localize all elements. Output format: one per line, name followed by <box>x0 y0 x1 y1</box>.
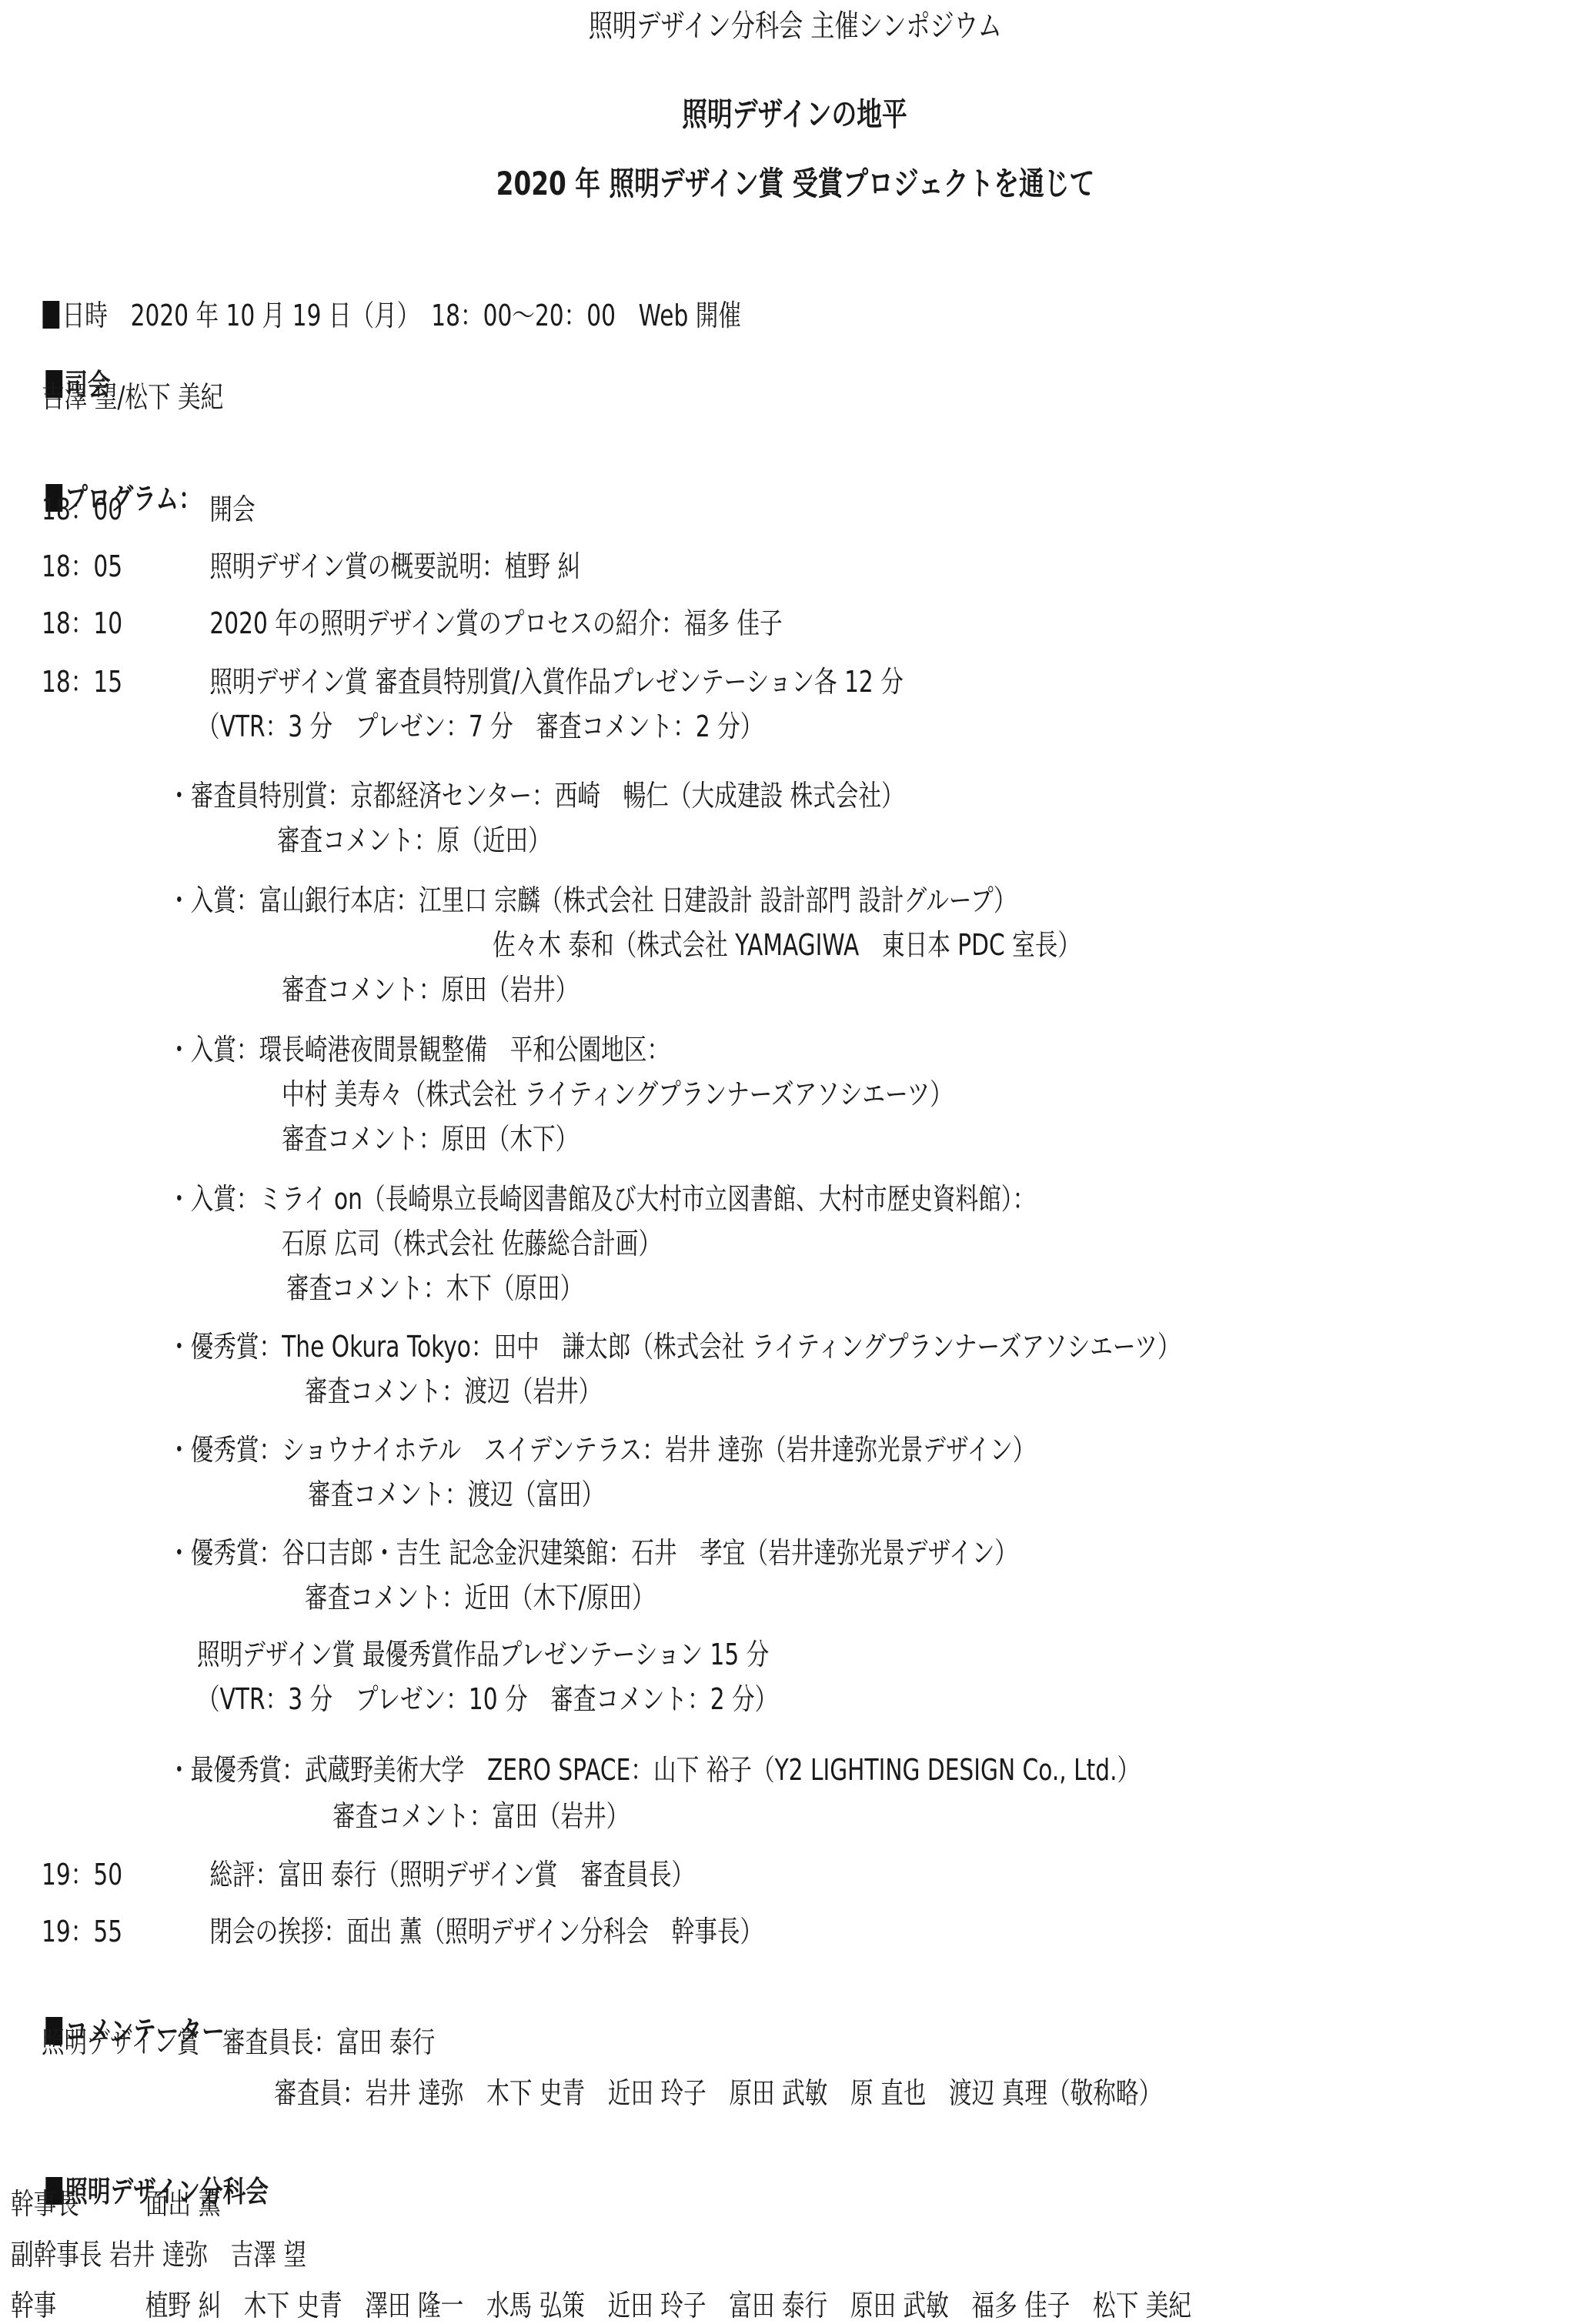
grand-prize-breakdown: （VTR：3 分 プレゼン：10 分 審査コメント：2 分） <box>197 1681 777 1718</box>
award-entry-continued: 石原 広司（株式会社 佐藤総合計画） <box>282 1225 661 1262</box>
award-comment: 審査コメント：原田（岩井） <box>282 971 578 1008</box>
committee-row: 幹事長面出 薫 <box>11 2185 221 2222</box>
program-item: 18：00開会 <box>42 491 256 528</box>
committee-row: 副幹事長 岩井 達弥 吉澤 望 <box>11 2236 306 2273</box>
document-subtitle: 2020 年 照明デザイン賞 受賞プロジェクトを通じて <box>0 165 1590 202</box>
award-comment: 審査コメント：富田（岩井） <box>332 1798 629 1835</box>
commentators-members: 審査員：岩井 達弥 木下 史青 近田 玲子 原田 武敏 原 直也 渡辺 真理（敬… <box>274 2075 1161 2112</box>
organizer-line: 照明デザイン分科会 主催シンポジウム <box>0 8 1590 45</box>
award-entry: ・優秀賞：ショウナイホテル スイデンテラス：岩井 達弥（岩井達弥光景デザイン） <box>168 1431 1035 1468</box>
document-title: 照明デザインの地平 <box>0 96 1590 133</box>
program-item-breakdown: （VTR：3 分 プレゼン：7 分 審査コメント：2 分） <box>197 708 763 745</box>
program-item: 18：102020 年の照明デザイン賞のプロセスの紹介：福多 佳子 <box>42 605 783 642</box>
award-entry: ・優秀賞：谷口吉郎・吉生 記念金沢建築館：石井 孝宜（岩井達弥光景デザイン） <box>168 1534 1017 1571</box>
award-entry: ・審査員特別賞：京都経済センター：西崎 暢仁（大成建設 株式会社） <box>168 777 904 814</box>
award-comment: 審査コメント：近田（木下/原田） <box>305 1579 655 1616</box>
mc-names: 吉澤 望/松下 美紀 <box>42 379 223 416</box>
award-entry-continued: 中村 美寿々（株式会社 ライティングプランナーズアソシエーツ） <box>282 1076 953 1113</box>
award-entry: ・入賞：富山銀行本店：江里口 宗麟（株式会社 日建設計 設計部門 設計グループ） <box>168 882 1017 919</box>
award-comment: 審査コメント：原田（木下） <box>282 1120 578 1157</box>
award-comment: 審査コメント：木下（原田） <box>286 1270 583 1307</box>
award-entry: ・入賞：ミライ on（長崎県立長崎図書館及び大村市立図書館、大村市歴史資料館）： <box>168 1180 1035 1217</box>
program-item: 18：05照明デザイン賞の概要説明：植野 糾 <box>42 548 580 585</box>
datetime-label: 日時 <box>62 299 108 332</box>
award-comment: 審査コメント：渡辺（富田） <box>308 1476 604 1513</box>
datetime-line: 日時 2020 年 10 月 19 日（月） 18：00～20：00 Web 開… <box>14 260 741 371</box>
award-entry: ・優秀賞：The Okura Tokyo：田中 謙太郎（株式会社 ライティングプ… <box>168 1328 1181 1365</box>
award-entry: ・最優秀賞：武蔵野美術大学 ZERO SPACE：山下 裕子（Y2 LIGHTI… <box>168 1751 1140 1788</box>
program-item: 19：50総評：富田 泰行（照明デザイン賞 審査員長） <box>42 1856 694 1893</box>
datetime-value: 2020 年 10 月 19 日（月） 18：00～20：00 Web 開催 <box>131 299 741 332</box>
program-item: 18：15照明デザイン賞 審査員特別賞/入賞作品プレゼンテーション各 12 分 <box>42 663 904 700</box>
square-bullet-icon <box>43 301 60 329</box>
program-item: 19：55閉会の挨拶：面出 薫（照明デザイン分科会 幹事長） <box>42 1913 763 1950</box>
grand-prize-presentation: 照明デザイン賞 最優秀賞作品プレゼンテーション 15 分 <box>197 1636 769 1673</box>
award-entry: ・入賞：環長崎港夜間景観整備 平和公園地区： <box>168 1031 670 1068</box>
award-entry-continued: 佐々木 泰和（株式会社 YAMAGIWA 東日本 PDC 室長） <box>493 927 1081 963</box>
award-comment: 審査コメント：渡辺（岩井） <box>305 1373 601 1410</box>
symposium-document: 照明デザイン分科会 主催シンポジウム 照明デザインの地平 2020 年 照明デザ… <box>0 0 1590 2324</box>
award-comment: 審査コメント：原（近田） <box>277 822 551 859</box>
commentators-chair: 照明デザイン賞 審査員長：富田 泰行 <box>42 2024 435 2061</box>
committee-row: 幹事植野 糾 木下 史青 澤田 隆一 水馬 弘策 近田 玲子 富田 泰行 原田 … <box>11 2287 1191 2324</box>
